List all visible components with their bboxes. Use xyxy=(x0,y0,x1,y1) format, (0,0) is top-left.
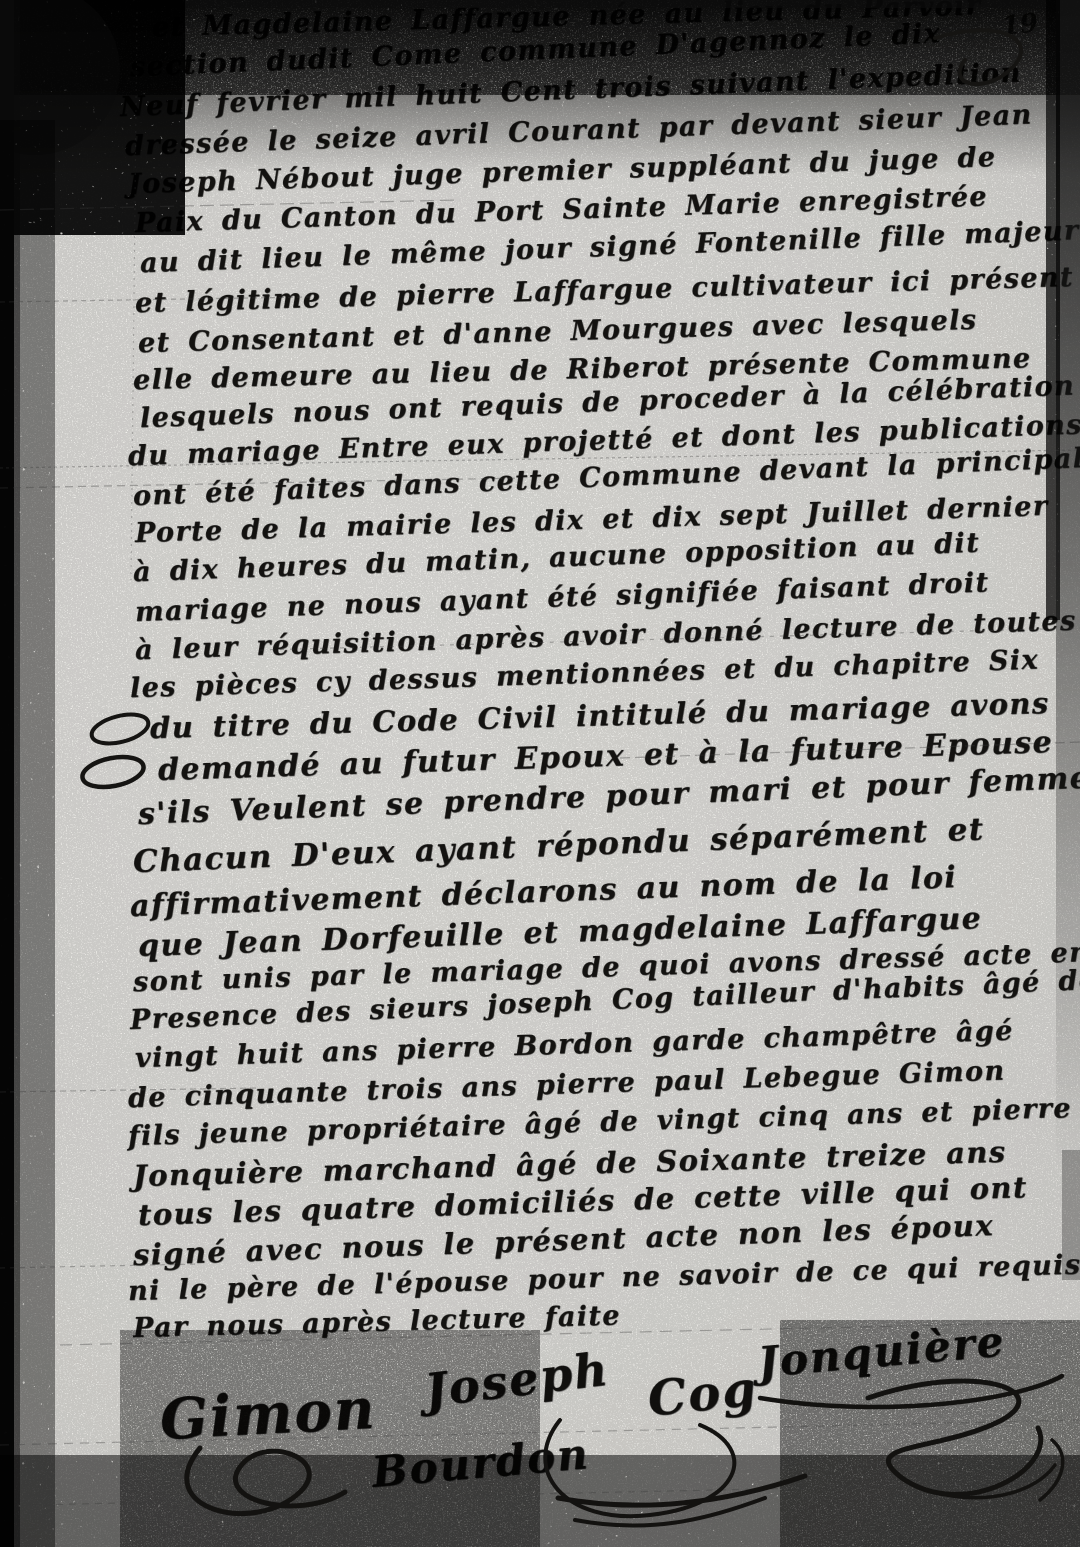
scan-edge-left xyxy=(0,0,55,1547)
signature-jonquiere: Jonquière xyxy=(756,1316,1007,1386)
scanned-document-page: 19 et Magdelaine Laffargue née au lieu d… xyxy=(0,0,1080,1547)
paraph-flourish xyxy=(868,1381,1041,1494)
signature-joseph: Joseph xyxy=(422,1342,612,1418)
signature-gimon: Gimon xyxy=(158,1376,378,1453)
signature-bourdon: Bourdon xyxy=(370,1429,592,1497)
scan-edge-right xyxy=(1046,0,1080,1280)
signature-cog: Cog xyxy=(645,1361,760,1428)
handwritten-line: Par nous après lecture faite xyxy=(133,1300,622,1344)
page-number: 19 xyxy=(1001,8,1040,42)
